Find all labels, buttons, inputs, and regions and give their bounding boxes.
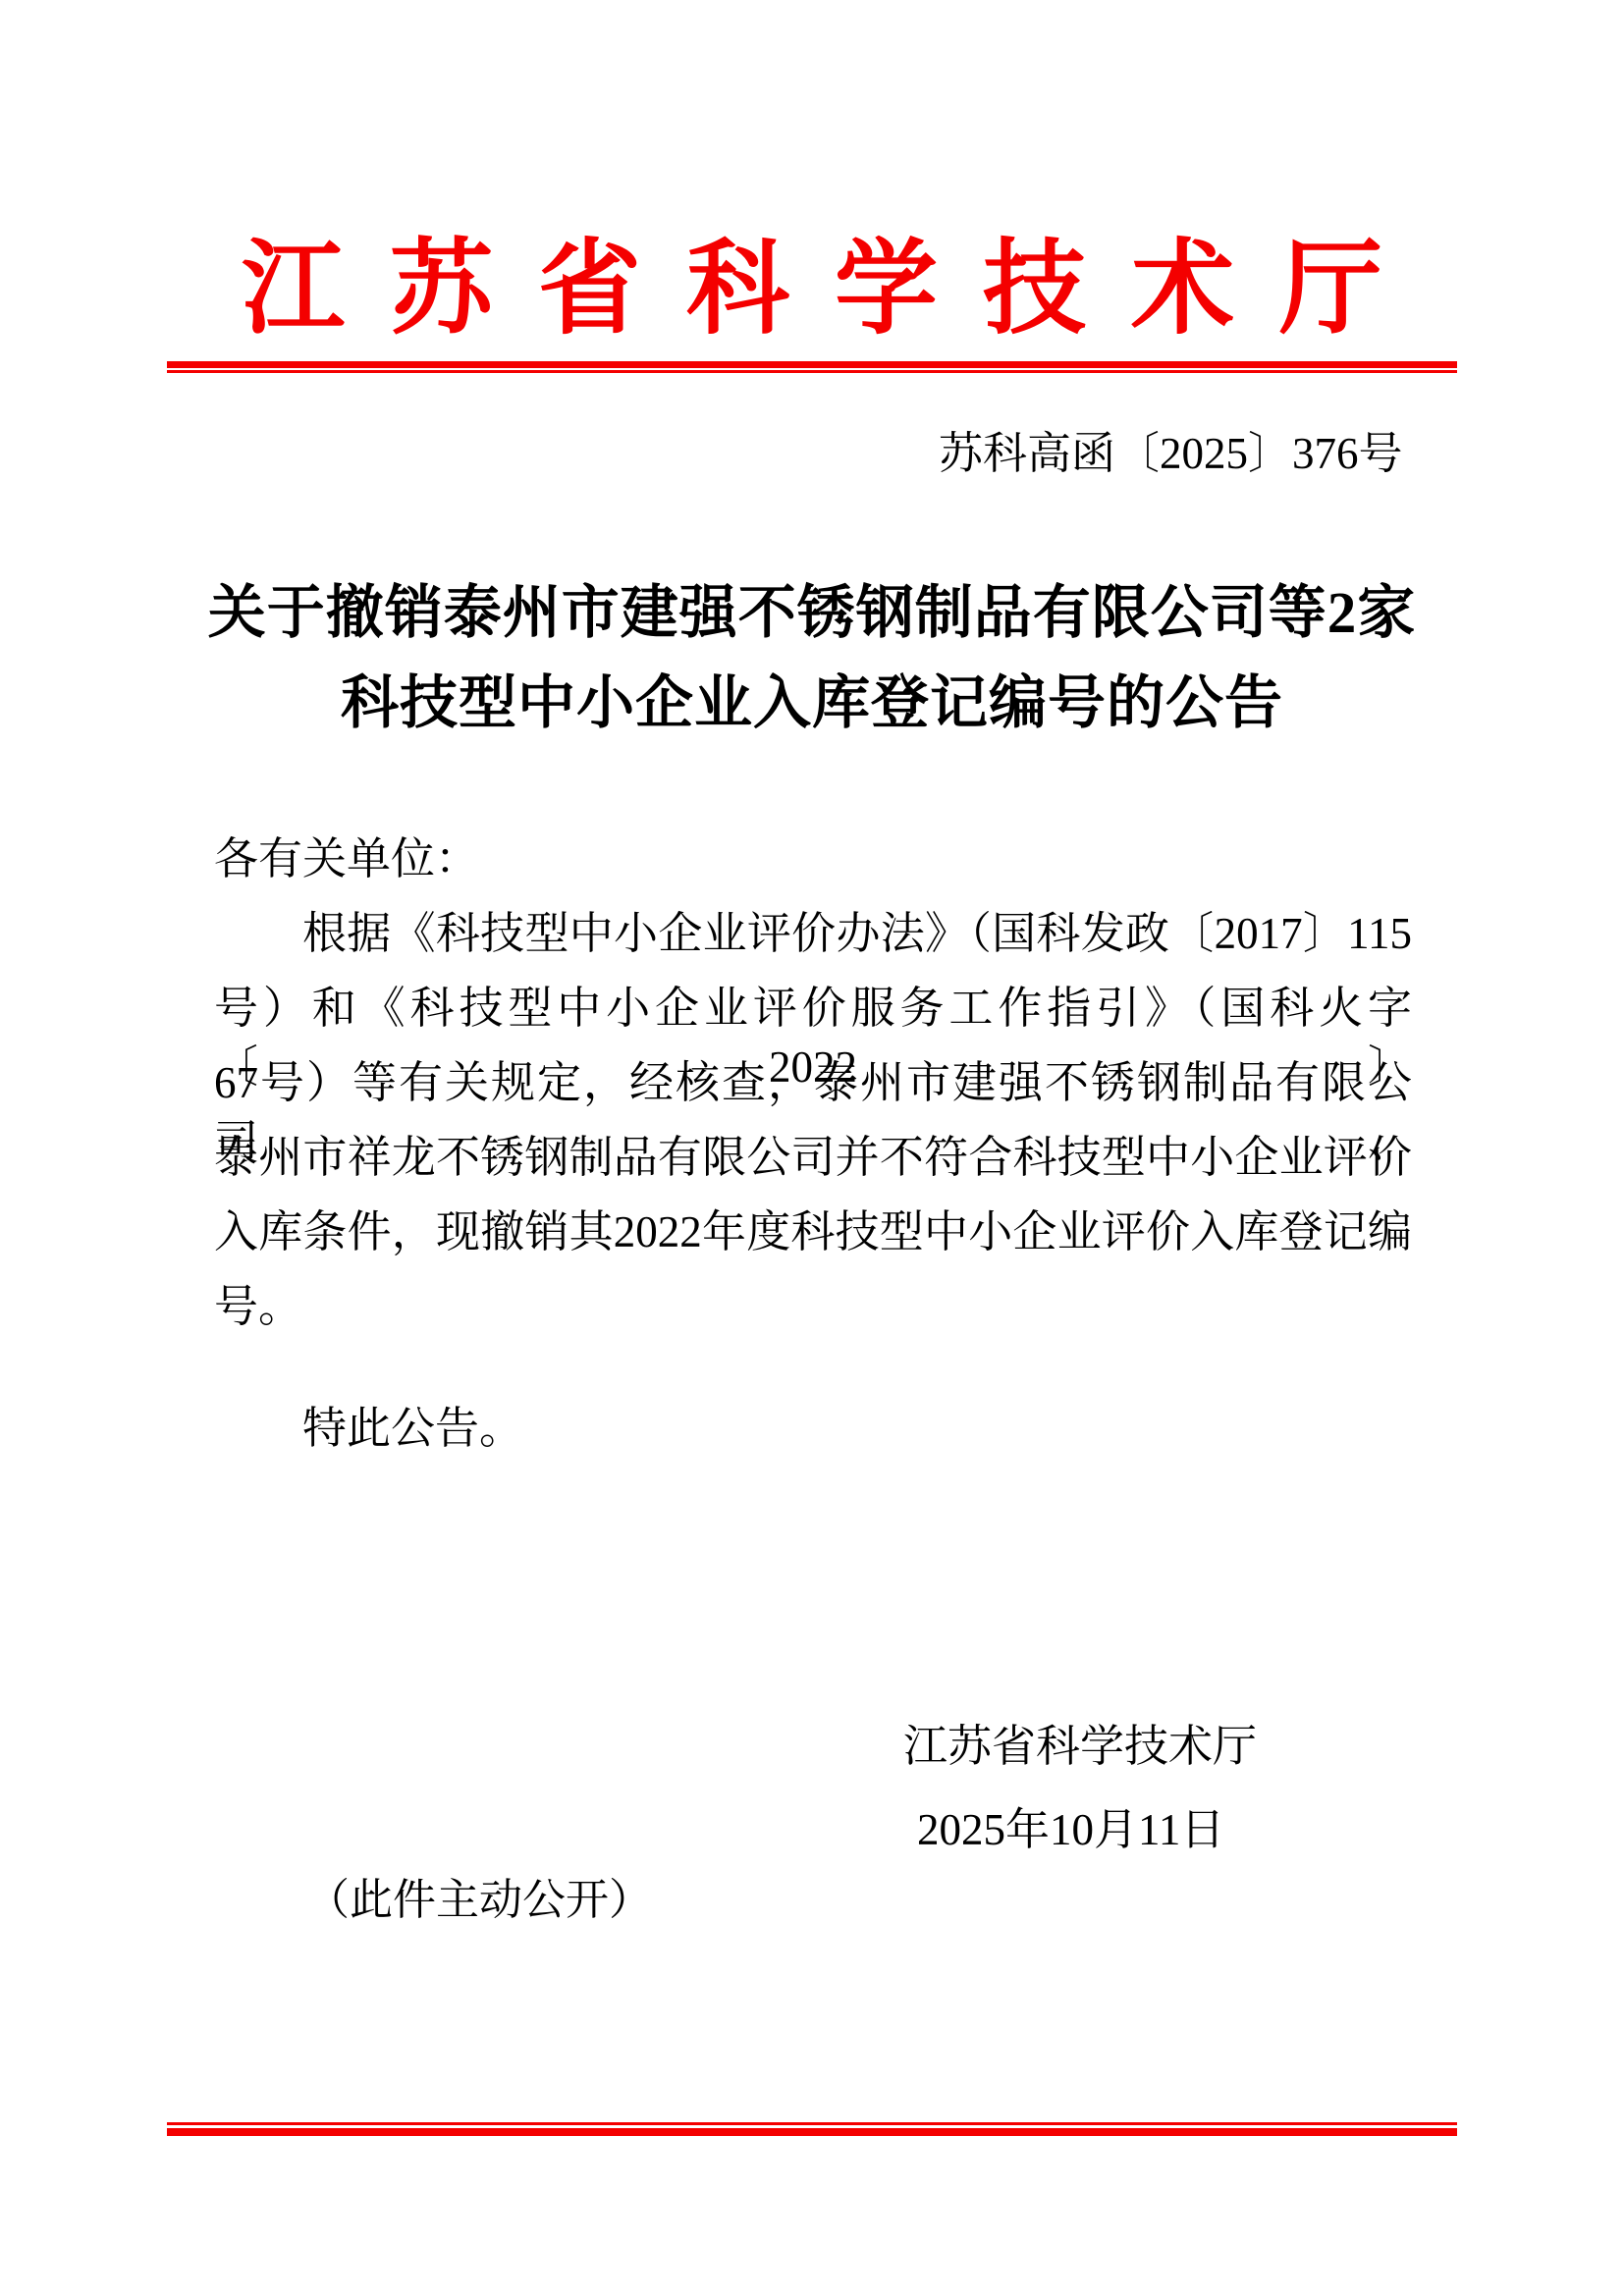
notice-title: 关于撤销泰州市建强不锈钢制品有限公司等2家 科技型中小企业入库登记编号的公告 (167, 567, 1457, 748)
document-number: 苏科高函〔2025〕376号 (939, 426, 1403, 481)
disclosure-note: （此件主动公开） (306, 1871, 652, 1930)
signature-agency: 江苏省科学技术厅 (903, 1717, 1257, 1776)
divider-thin-bar (167, 2122, 1457, 2125)
official-notice-document: 江苏省科学技术厅 苏科高函〔2025〕376号 关于撤销泰州市建强不锈钢制品有限… (0, 0, 1624, 2296)
footer-red-divider (167, 2122, 1457, 2136)
notice-title-line2: 科技型中小企业入库登记编号的公告 (167, 658, 1457, 748)
body-line: 号。 (214, 1277, 1412, 1336)
signature-date: 2025年10月11日 (917, 1800, 1224, 1859)
salutation: 各有关单位： (214, 829, 1412, 888)
divider-thick-bar (167, 361, 1457, 368)
body-line: 入库条件，现撤销其2022年度科技型中小企业评价入库登记编 (214, 1202, 1412, 1261)
divider-thin-bar (167, 370, 1457, 373)
body-line: 泰州市祥龙不锈钢制品有限公司并不符合科技型中小企业评价 (214, 1128, 1412, 1187)
letterhead-red-divider (167, 361, 1457, 373)
letterhead-agency-title: 江苏省科学技术厅 (167, 211, 1457, 348)
divider-thick-bar (167, 2128, 1457, 2136)
notice-title-line1: 关于撤销泰州市建强不锈钢制品有限公司等2家 (167, 567, 1457, 658)
closing-line: 特此公告。 (302, 1399, 1412, 1458)
body-line: 根据《科技型中小企业评价办法》（国科发政〔2017〕115 (302, 904, 1412, 963)
